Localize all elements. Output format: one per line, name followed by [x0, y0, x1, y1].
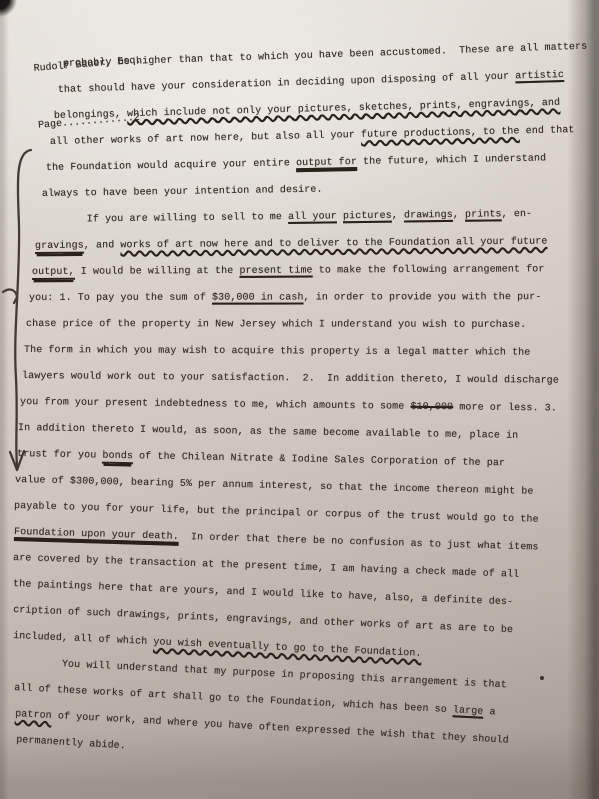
document-lines: probably be higher than that to which yo… — [0, 52, 599, 754]
text-segment: the future, which I understand — [357, 153, 546, 168]
text-segment: The form in which you may wish to acquir… — [24, 345, 530, 359]
document-line: you: 1. To pay you the sum of $30,000 in… — [29, 285, 599, 312]
underlined-phrase: artistic — [515, 70, 564, 82]
text-segment: , in order to provide you with the pur- — [304, 292, 542, 303]
underlined-phrase: Foundation upon your death. — [14, 527, 179, 543]
text-segment: the Foundation would acquire your entire — [45, 158, 295, 174]
underlined-phrase: you wish eventually to go to the Foundat… — [153, 637, 422, 660]
underlined-phrase: patron — [14, 709, 51, 722]
underlined-phrase: pictures — [343, 211, 392, 223]
text-segment: a — [483, 707, 496, 719]
document-line: gravings, and works of art now here and … — [35, 229, 599, 260]
underlined-phrase: $10,000 — [410, 402, 453, 414]
underlined-phrase: future productions, to the — [360, 126, 519, 141]
text-segment: you: 1. To pay you the sum of — [29, 293, 212, 304]
text-segment: that should have your consideration in d… — [58, 71, 516, 96]
text-segment: value of $300,000, bearing 5% per annum … — [15, 475, 534, 498]
text-segment: lawyers would work out to your satisfact… — [22, 371, 559, 387]
margin-hook-annotation — [3, 290, 17, 303]
text-segment: more or less. 3. — [453, 402, 557, 414]
text-segment: If you are willing to sell to me — [38, 212, 288, 226]
ink-speck — [540, 676, 544, 680]
text-segment: permanently abide. — [16, 735, 126, 752]
text-segment: belongings, — [54, 109, 127, 122]
underlined-phrase: $30,000 in cash — [212, 293, 304, 304]
underlined-phrase: drawings — [404, 210, 453, 222]
document-line: output, I would be willing at the presen… — [32, 257, 599, 286]
underlined-phrase: works of art now here and to deliver to … — [120, 237, 547, 252]
text-segment: , — [453, 210, 465, 221]
text-segment: I would be willing at the — [75, 266, 240, 278]
underlined-phrase: all your — [288, 211, 337, 223]
document-line: The form in which you may wish to acquir… — [24, 338, 599, 367]
text-segment: all other works of art now here, but als… — [49, 130, 360, 148]
text-segment: always to have been your intention and d… — [42, 185, 323, 200]
underlined-phrase: prints — [465, 209, 502, 220]
underlined-phrase: present time — [239, 266, 312, 277]
text-segment: you from your present indebtedness to me… — [20, 397, 411, 413]
text-segment: of the Chilean Nitrate & Iodine Sales Co… — [133, 451, 505, 469]
underlined-phrase: large — [452, 705, 483, 718]
text-segment: In addition thereto I would, as soon, as… — [18, 423, 518, 442]
underlined-phrase: output for — [296, 157, 357, 169]
typewritten-letter-page: Rudolf Bauer, Esq. Page............2 pro… — [0, 0, 599, 799]
underlined-phrase: which include not only your pictures, sk… — [127, 98, 560, 120]
text-segment: chase price of the property in New Jerse… — [26, 319, 526, 331]
document-line: chase price of the property in New Jerse… — [26, 312, 599, 339]
text-segment: included, all of which — [13, 631, 154, 648]
text-segment: to make the following arrangement for — [312, 264, 544, 276]
text-segment: , en- — [502, 209, 533, 220]
margin-arrow-annotation — [1, 140, 45, 488]
text-segment: end that — [519, 125, 574, 137]
text-segment: , — [392, 211, 404, 222]
text-segment: In order that there be no confusion as t… — [178, 532, 538, 554]
underlined-phrase: bonds — [102, 451, 133, 465]
text-segment: , and — [84, 240, 121, 251]
